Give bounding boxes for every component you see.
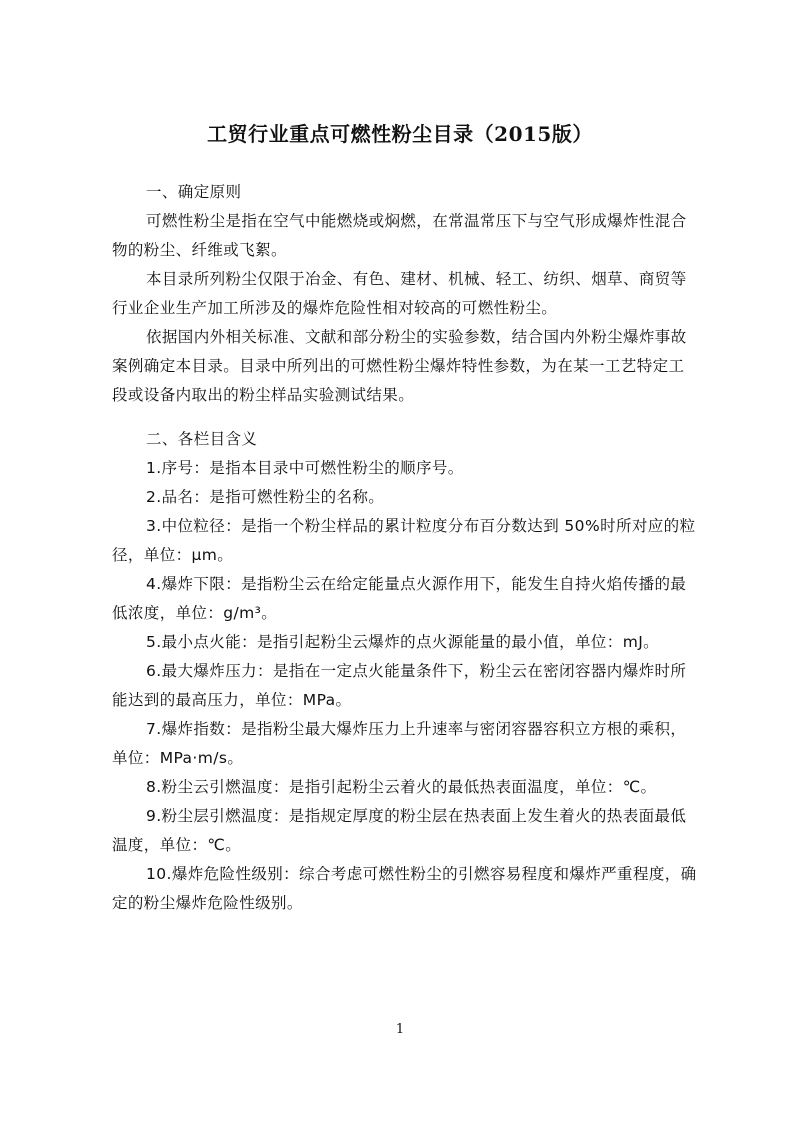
document-page: 工贸行业重点可燃性粉尘目录（2015版） 一、确定原则 可燃性粉尘是指在空气中能… xyxy=(0,0,800,1132)
paragraph-line: 行业企业生产加工所涉及的爆炸危险性相对较高的可燃性粉尘。 xyxy=(112,296,557,318)
definition-line: 4.爆炸下限：是指粉尘云在给定能量点火源作用下，能发生自持火焰传播的最 xyxy=(146,572,686,594)
definition-line: 径，单位：μm。 xyxy=(112,543,233,565)
document-title: 工贸行业重点可燃性粉尘目录（2015版） xyxy=(0,118,800,147)
paragraph-line: 案例确定本目录。目录中所列出的可燃性粉尘爆炸特性参数，为在某一工艺特定工 xyxy=(112,354,684,376)
definition-line: 定的粉尘爆炸危险性级别。 xyxy=(112,891,303,913)
definition-line: 单位：MPa·m/s。 xyxy=(112,746,243,768)
definition-line: 2.品名：是指可燃性粉尘的名称。 xyxy=(146,485,384,507)
page-number: 1 xyxy=(0,1022,800,1037)
definition-line: 7.爆炸指数：是指粉尘最大爆炸压力上升速率与密闭容器容积立方根的乘积， xyxy=(146,717,686,739)
section-heading-principles: 一、确定原则 xyxy=(146,180,241,202)
section-heading-column-meanings: 二、各栏目含义 xyxy=(146,427,257,449)
paragraph-line: 本目录所列粉尘仅限于冶金、有色、建材、机械、轻工、纺织、烟草、商贸等 xyxy=(146,267,687,289)
definition-line: 5.最小点火能：是指引起粉尘云爆炸的点火源能量的最小值，单位：mJ。 xyxy=(146,630,659,652)
paragraph-line: 物的粉尘、纤维或飞絮。 xyxy=(112,238,287,260)
definition-line: 3.中位粒径：是指一个粉尘样品的累计粒度分布百分数达到 50%时所对应的粒 xyxy=(146,514,695,536)
paragraph-line: 依据国内外相关标准、文献和部分粉尘的实验参数，结合国内外粉尘爆炸事故 xyxy=(146,325,687,347)
definition-line: 6.最大爆炸压力：是指在一定点火能量条件下，粉尘云在密闭容器内爆炸时所 xyxy=(146,659,686,681)
definition-line: 低浓度，单位：g/m³。 xyxy=(112,601,277,623)
definition-line: 1.序号：是指本目录中可燃性粉尘的顺序号。 xyxy=(146,456,464,478)
definition-line: 9.粉尘层引燃温度：是指规定厚度的粉尘层在热表面上发生着火的热表面最低 xyxy=(146,804,686,826)
paragraph-line: 段或设备内取出的粉尘样品实验测试结果。 xyxy=(112,383,414,405)
definition-line: 能达到的最高压力，单位：MPa。 xyxy=(112,688,351,710)
definition-line: 8.粉尘云引燃温度：是指引起粉尘云着火的最低热表面温度，单位：℃。 xyxy=(146,775,656,797)
paragraph-line: 可燃性粉尘是指在空气中能燃烧或焖燃，在常温常压下与空气形成爆炸性混合 xyxy=(146,209,687,231)
definition-line: 10.爆炸危险性级别：综合考虑可燃性粉尘的引燃容易程度和爆炸严重程度，确 xyxy=(146,862,697,884)
definition-line: 温度，单位：℃。 xyxy=(112,833,241,855)
